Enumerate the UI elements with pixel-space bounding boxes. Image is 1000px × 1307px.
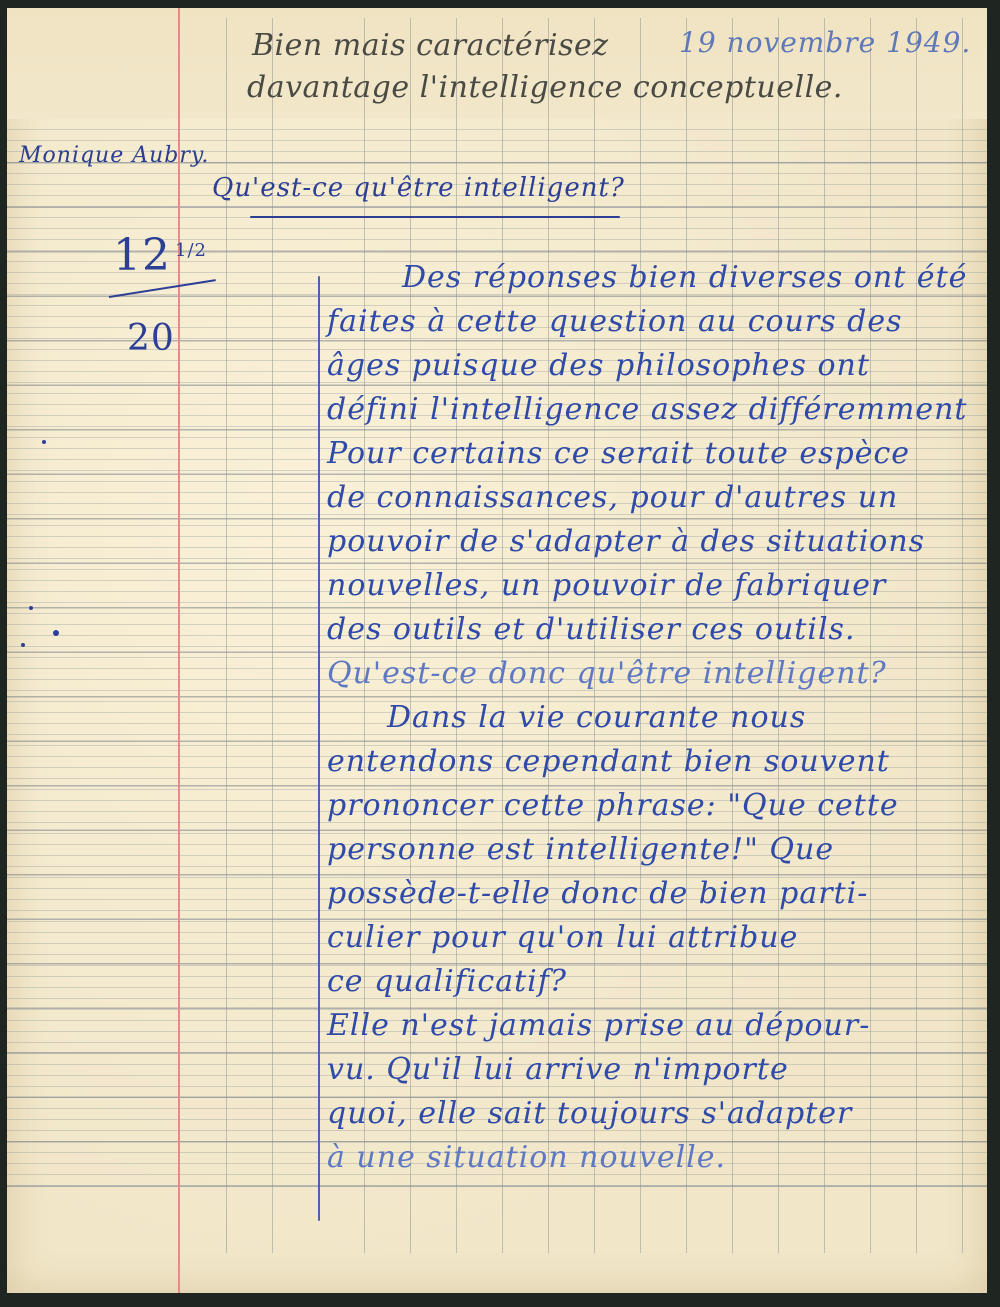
grade-score: 12: [113, 230, 171, 281]
grid-line: [226, 18, 227, 1253]
essay-line: pouvoir de s'adapter à des situations: [327, 524, 925, 559]
grade-out-of: 20: [127, 318, 175, 359]
essay-line: des outils et d'utiliser ces outils.: [327, 612, 855, 647]
notebook-page: Bien mais caractérisez davantage l'intel…: [7, 8, 987, 1293]
ink-spot: [53, 630, 59, 636]
essay-line: quoi, elle sait toujours s'adapter: [327, 1096, 852, 1131]
grade-fraction: 1/2: [175, 240, 207, 261]
ink-margin-line: [318, 276, 320, 1221]
essay-line: Qu'est-ce donc qu'être intelligent?: [327, 656, 887, 691]
essay-line: ce qualificatif?: [327, 964, 567, 999]
grade-fraction-bar: [109, 279, 216, 298]
ink-spot: [29, 606, 33, 610]
grid-line: [962, 18, 963, 1253]
grid-line: [916, 18, 917, 1253]
essay-title: Qu'est-ce qu'être intelligent?: [212, 173, 625, 203]
essay-line: faites à cette question au cours des: [327, 304, 903, 339]
essay-line: personne est intelligente!" Que: [327, 832, 834, 867]
student-name: Monique Aubry.: [19, 143, 209, 168]
essay-line: nouvelles, un pouvoir de fabriquer: [327, 568, 886, 603]
essay-line: culier pour qu'on lui attribue: [327, 920, 798, 955]
essay-line: vu. Qu'il lui arrive n'importe: [327, 1052, 789, 1087]
essay-date: 19 novembre 1949.: [679, 26, 971, 59]
essay-line: Dans la vie courante nous: [387, 700, 806, 735]
essay-line: entendons cependant bien souvent: [327, 744, 890, 779]
essay-line: Des réponses bien diverses ont été: [402, 260, 967, 295]
essay-line: prononcer cette phrase: "Que cette: [327, 788, 899, 823]
essay-line: Pour certains ce serait toute espèce: [327, 436, 910, 471]
essay-line: défini l'intelligence assez différemment: [327, 392, 967, 427]
essay-line: possède-t-elle donc de bien parti-: [327, 876, 868, 911]
teacher-comment-line1: Bien mais caractérisez: [252, 28, 609, 63]
essay-line: Elle n'est jamais prise au dépour-: [327, 1008, 870, 1043]
title-underline: [250, 216, 620, 218]
grid-line: [272, 18, 273, 1253]
essay-line: âges puisque des philosophes ont: [327, 348, 870, 383]
grid-line: [870, 18, 871, 1253]
ink-spot: [42, 440, 46, 444]
teacher-comment-line2: davantage l'intelligence conceptuelle.: [247, 70, 843, 105]
red-margin-line: [178, 8, 180, 1293]
essay-line: de connaissances, pour d'autres un: [327, 480, 898, 515]
ink-spot: [21, 643, 25, 647]
essay-line: à une situation nouvelle.: [327, 1140, 726, 1175]
